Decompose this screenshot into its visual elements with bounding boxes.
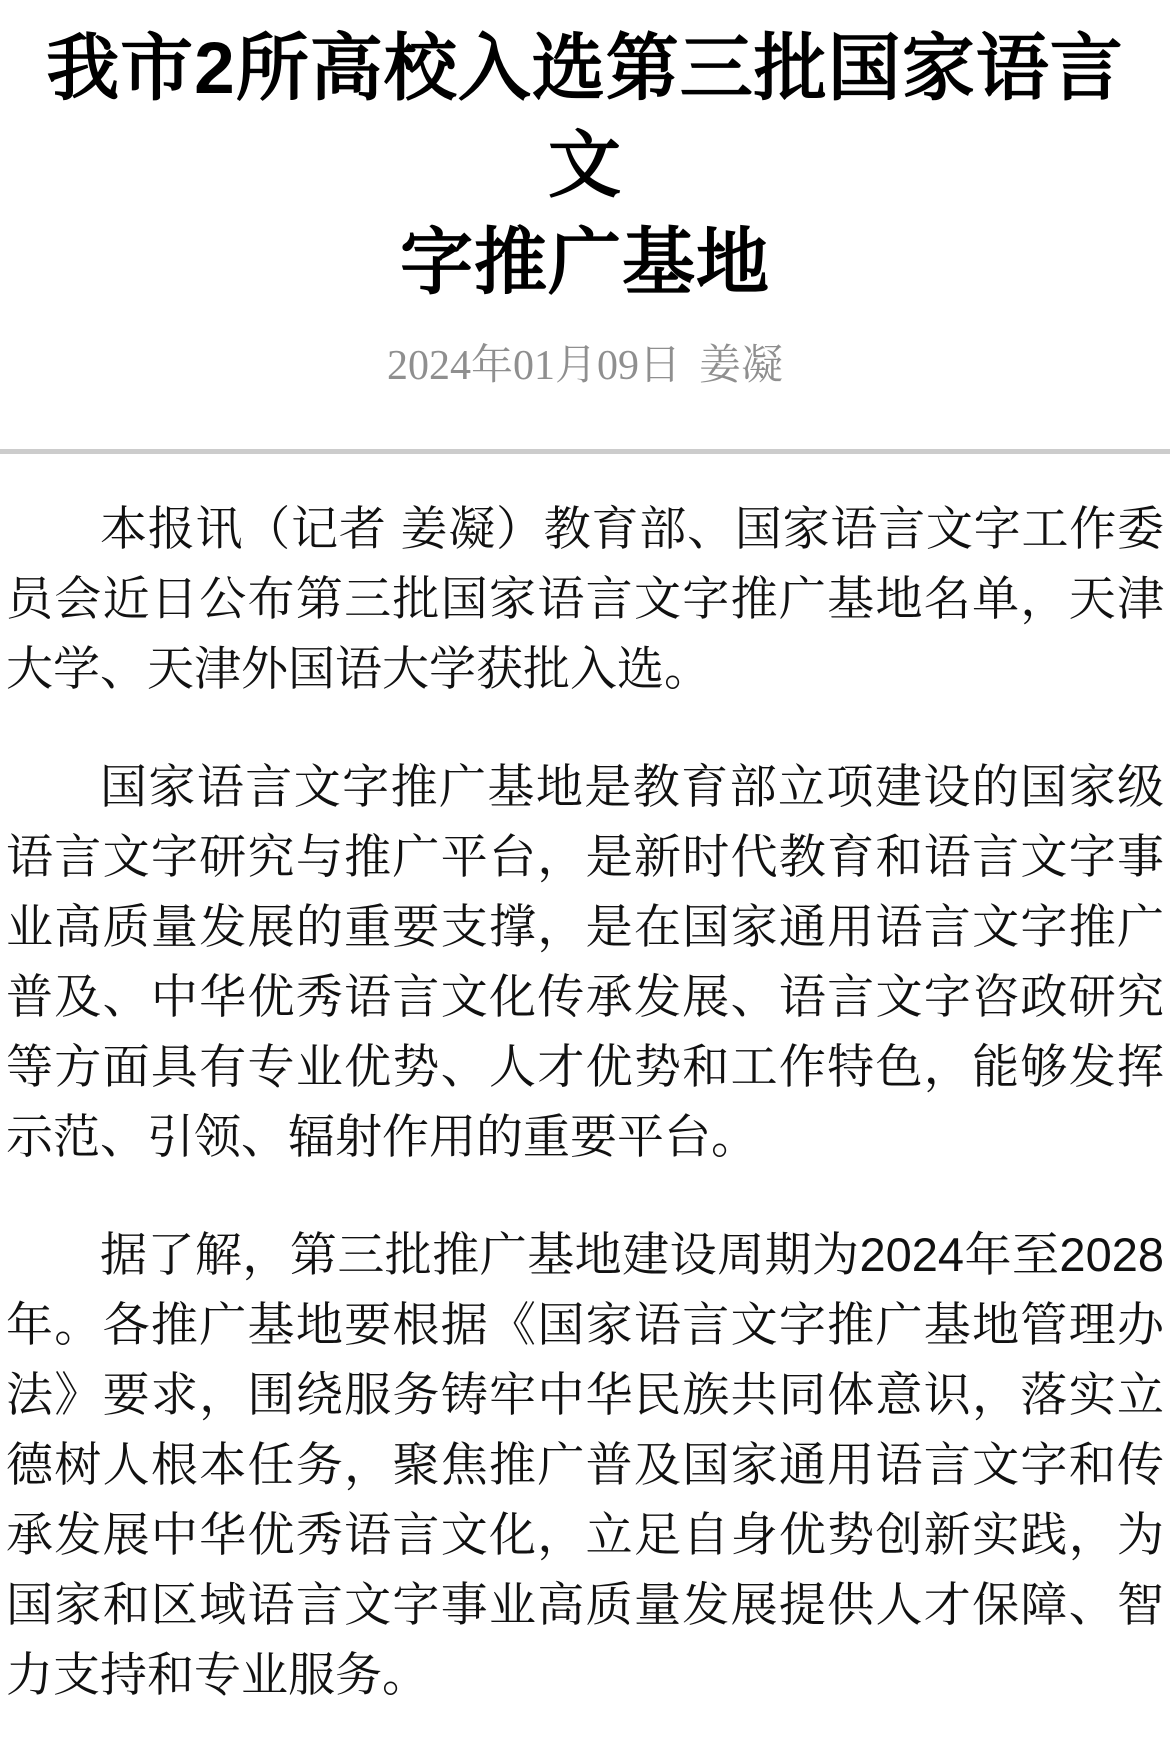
article-meta: 2024年01月09日姜凝 <box>0 343 1170 389</box>
publish-date: 2024年01月09日 <box>387 343 681 389</box>
paragraph-1: 本报讯（记者 姜凝）教育部、国家语言文字工作委员会近日公布第三批国家语言文字推广… <box>6 494 1164 704</box>
article-title: 我市2所高校入选第三批国家语言文 字推广基地 <box>0 0 1170 311</box>
paragraph-3: 据了解，第三批推广基地建设周期为2024年至2028年。各推广基地要根据《国家语… <box>6 1220 1164 1710</box>
article-body: 本报讯（记者 姜凝）教育部、国家语言文字工作委员会近日公布第三批国家语言文字推广… <box>0 494 1170 1710</box>
author-name: 姜凝 <box>699 343 783 389</box>
article-title-line-2: 字推广基地 <box>26 214 1144 311</box>
paragraph-2: 国家语言文字推广基地是教育部立项建设的国家级语言文字研究与推广平台，是新时代教育… <box>6 752 1164 1172</box>
article-title-line-1: 我市2所高校入选第三批国家语言文 <box>26 20 1144 214</box>
news-article: 我市2所高校入选第三批国家语言文 字推广基地 2024年01月09日姜凝 本报讯… <box>0 0 1170 1710</box>
header-divider <box>0 449 1170 454</box>
